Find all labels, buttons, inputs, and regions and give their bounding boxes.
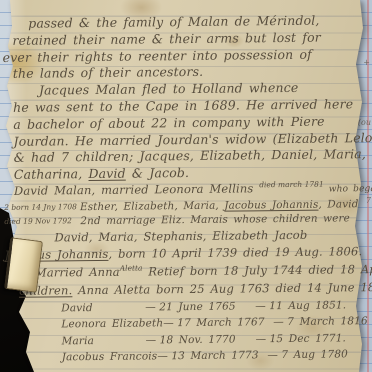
register-born-date: 13 March 1773: [171, 348, 267, 366]
register-name: Jacobus Francois: [62, 349, 158, 366]
dash: —: [255, 331, 269, 348]
register-born-date: 21 June 1765: [159, 298, 255, 316]
manuscript-text-segment: Retief born 18 July 1744 died 18 Ap. 179…: [142, 261, 372, 278]
dash: —: [145, 332, 159, 349]
dash: —: [273, 314, 287, 331]
manuscript-text-segment: retained their name & their arms but los…: [12, 29, 321, 47]
manuscript-text-segment: & had 7 children; Jacques, Elizabeth, Da…: [14, 147, 366, 166]
dash: —: [163, 316, 177, 333]
manuscript-text-segment: & Jacob.: [126, 165, 190, 181]
manuscript-text-segment: Jacobus Johannis: [224, 199, 318, 212]
manuscript-text-segment: Aletta: [120, 263, 143, 272]
register-born-date: 17 March 1767: [177, 315, 273, 333]
register-born-date: 18 Nov. 1770: [159, 331, 255, 349]
manuscript-text-segment: 2nd marriage Eliz. Marais whose children…: [75, 213, 350, 228]
margin-note: died 19 Nov 1792: [4, 217, 72, 227]
manuscript-text-segment: Anna Aletta born 25 Aug 1763 died 14 Jun…: [72, 280, 372, 297]
register-died-date: 11 Aug 1851.: [269, 297, 367, 315]
manuscript-text-segment: Jourdan. He married Jourdan's widow (Eli…: [13, 130, 372, 149]
manuscript-text-segment: ever their rights to reenter into posses…: [3, 46, 312, 64]
margin-note: 2 born 14 Jny 1708: [4, 202, 77, 212]
paper-fastener: [4, 237, 43, 293]
manuscript-text: passed & the family of Malan de Mérindol…: [12, 12, 368, 367]
manuscript-text-segment: Jacques Malan fled to Holland whence: [39, 80, 299, 98]
manuscript-text-segment: Esther, Elizabeth, Maria,: [80, 200, 224, 214]
manuscript-text-segment: David: [88, 166, 125, 181]
manuscript-text-segment: a bachelor of about 22 in company with P…: [13, 113, 324, 131]
manuscript-text-segment: the lands of their ancestors.: [13, 64, 204, 81]
manuscript-text-segment: David, Maria, Stephanis, Elizabeth Jacob: [54, 227, 307, 244]
dash: —: [255, 298, 269, 315]
manuscript-text-segment: , born 10 April 1739 died 19 Aug. 1806.: [108, 244, 362, 261]
manuscript-text-segment: David Malan, married Leonora Mellins: [14, 181, 259, 198]
register-name: David: [61, 299, 145, 316]
manuscript-text-segment: Catharina,: [14, 166, 89, 182]
manuscript-text-segment: died march 1781: [259, 180, 324, 190]
dash: —: [157, 349, 171, 366]
dash: —: [145, 299, 159, 316]
dash: —: [267, 348, 281, 365]
register-name: Maria: [61, 332, 145, 349]
manuscript-photo: (ou + 7 passed & the family of Malan de …: [0, 0, 372, 372]
register-died-date: 7 March 1816: [287, 314, 368, 331]
manuscript-text-segment: Married Anna: [35, 265, 120, 280]
manuscript-text-segment: who begat: [324, 184, 372, 195]
manuscript-text-segment: passed & the family of Malan de Mérindol…: [28, 13, 319, 31]
manuscript-text-segment: he was sent to the Cape in 1689. He arri…: [13, 96, 353, 115]
register-name: Leonora Elizabeth: [61, 316, 163, 334]
register-died-date: 15 Dec 1771.: [269, 330, 367, 348]
manuscript-text-segment: , David: [318, 198, 358, 210]
register-died-date: 7 Aug 1780: [281, 347, 368, 364]
